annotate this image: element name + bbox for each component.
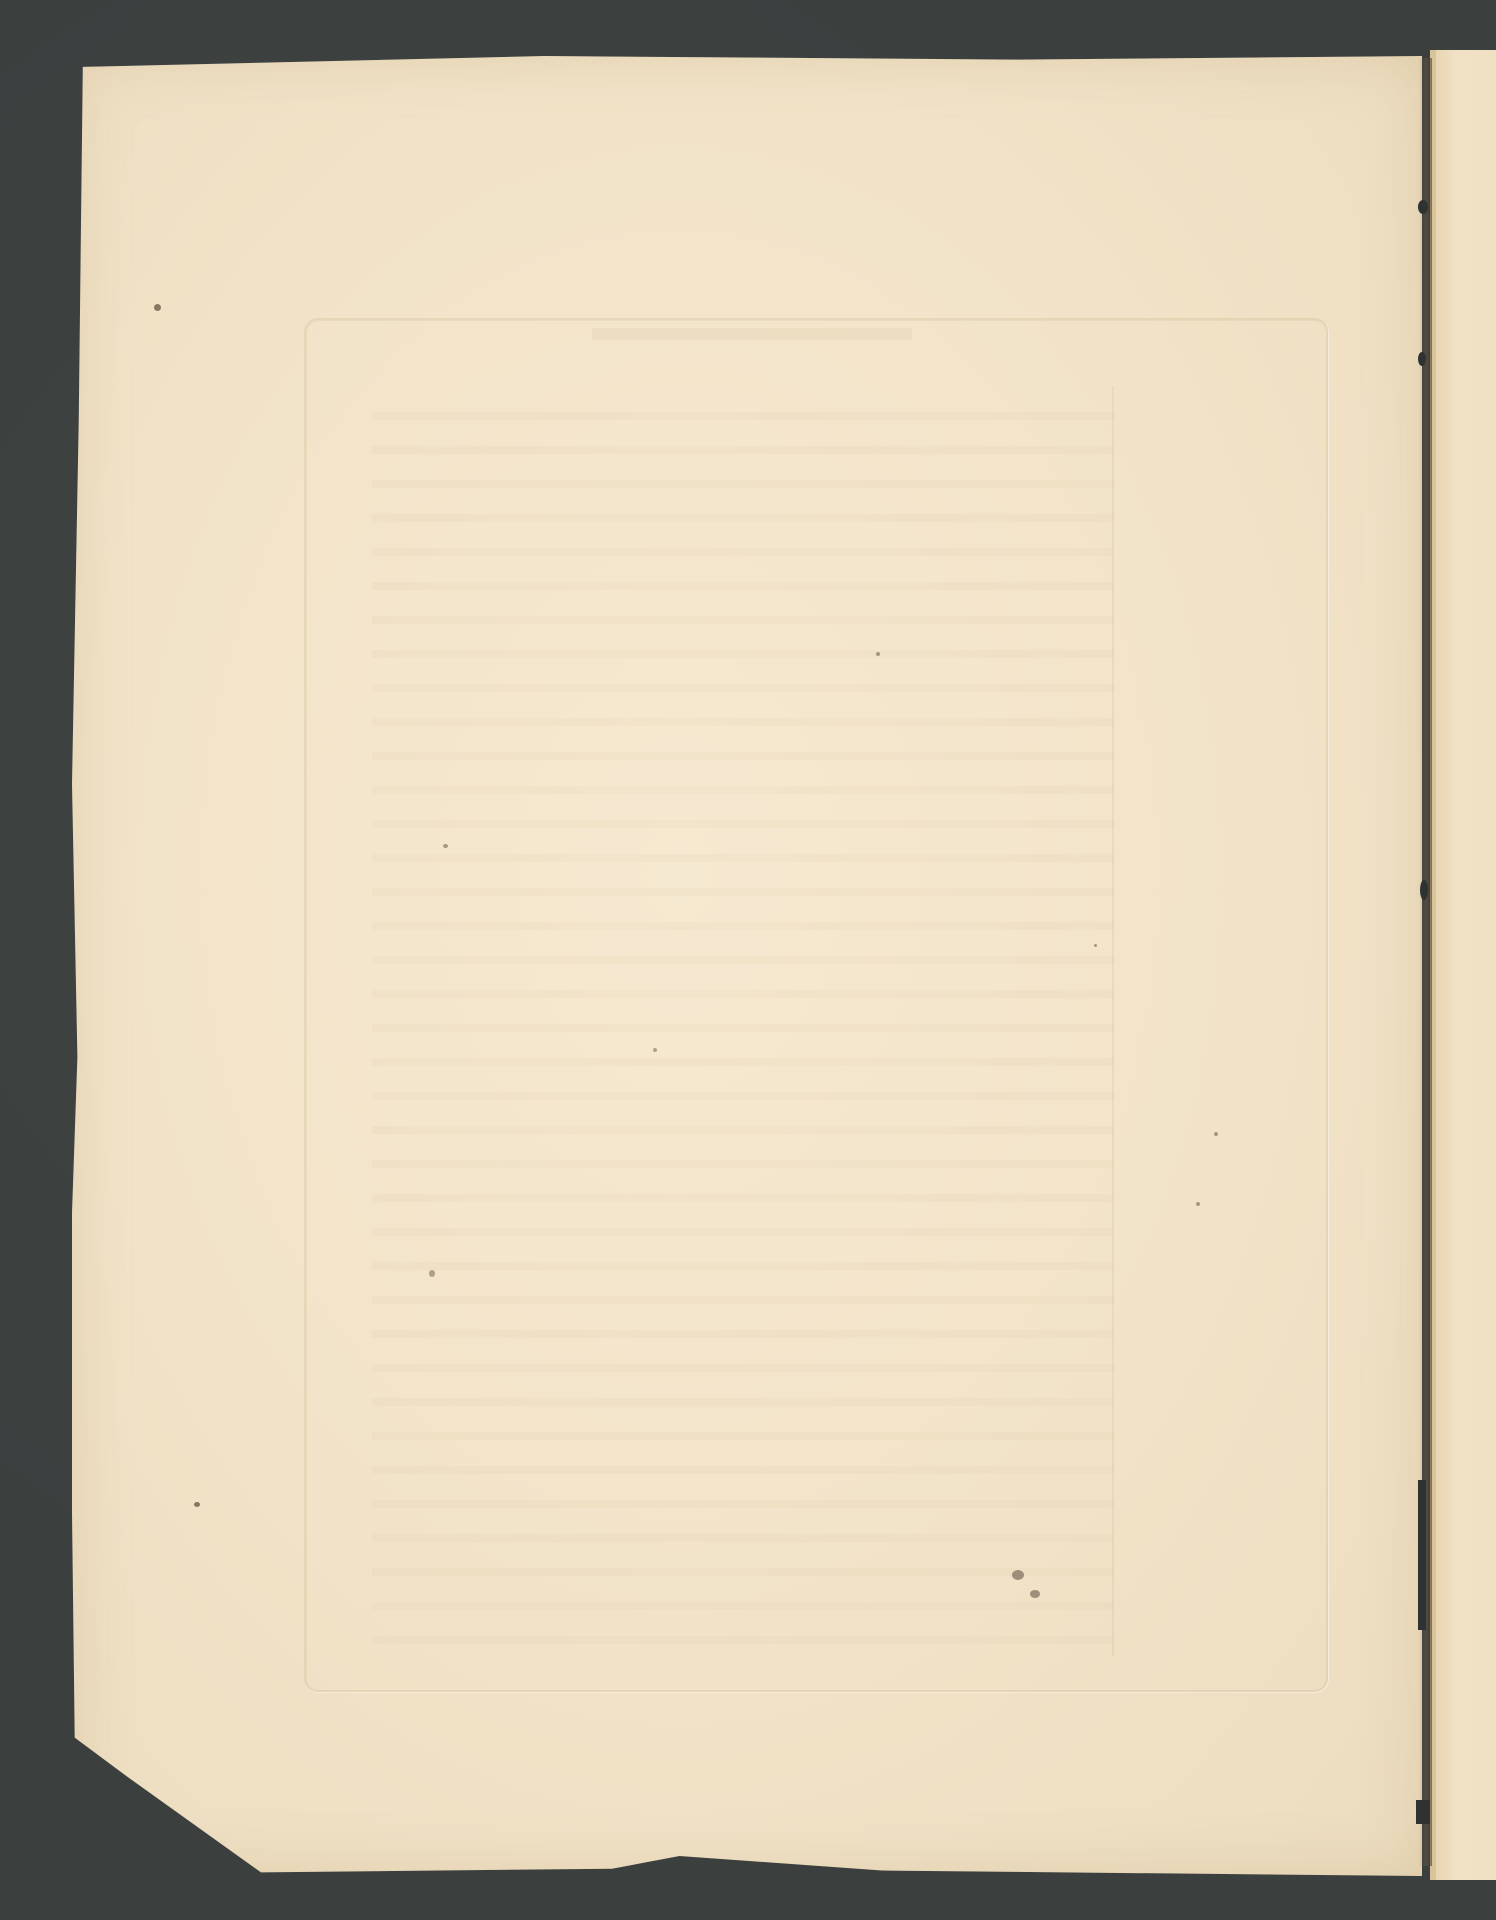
foxing-spot — [876, 652, 880, 656]
foxing-spot — [1214, 1132, 1218, 1136]
foxing-spot — [1030, 1590, 1040, 1598]
gutter-tear — [1418, 352, 1426, 366]
document-page — [72, 56, 1422, 1876]
gutter-tear — [1416, 1800, 1430, 1824]
foxing-spot — [1196, 1202, 1200, 1206]
gutter-tear — [1420, 880, 1428, 900]
foxing-spot — [653, 1048, 657, 1052]
foxing-spot — [1094, 944, 1097, 947]
foxing-spot — [1012, 1570, 1024, 1580]
foxing-spot — [154, 304, 161, 311]
plate-mark-border — [304, 318, 1328, 1692]
gutter-tear — [1418, 1480, 1426, 1630]
foxing-spot — [443, 844, 448, 848]
foxing-spot — [194, 1502, 200, 1507]
gutter-tear — [1418, 200, 1428, 214]
facing-page-edge — [1430, 50, 1496, 1880]
foxing-spot — [429, 1270, 435, 1277]
